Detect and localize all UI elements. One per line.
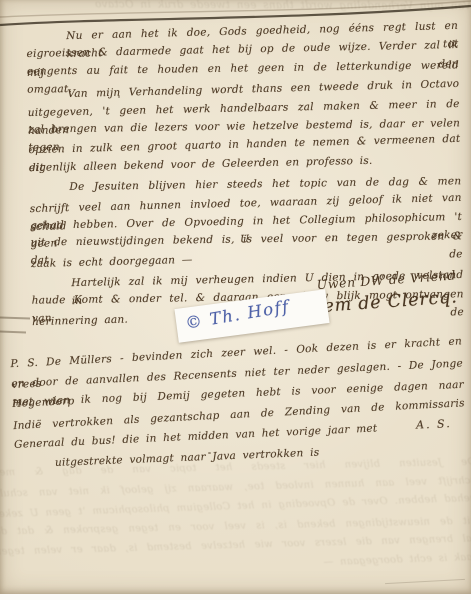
ink-speck xyxy=(118,96,120,98)
letter-scan: Van mijn Verhandeling wordt thans een tw… xyxy=(0,0,471,600)
ink-speck xyxy=(208,452,211,454)
postscript-initials: A. S. xyxy=(416,417,452,432)
ink-speck xyxy=(332,238,334,241)
postscript-block: P. S. De Müllers - bevinden zich zeer we… xyxy=(10,332,467,476)
paper-top-edge-crease xyxy=(0,0,471,34)
scan-background-strip xyxy=(0,594,471,600)
